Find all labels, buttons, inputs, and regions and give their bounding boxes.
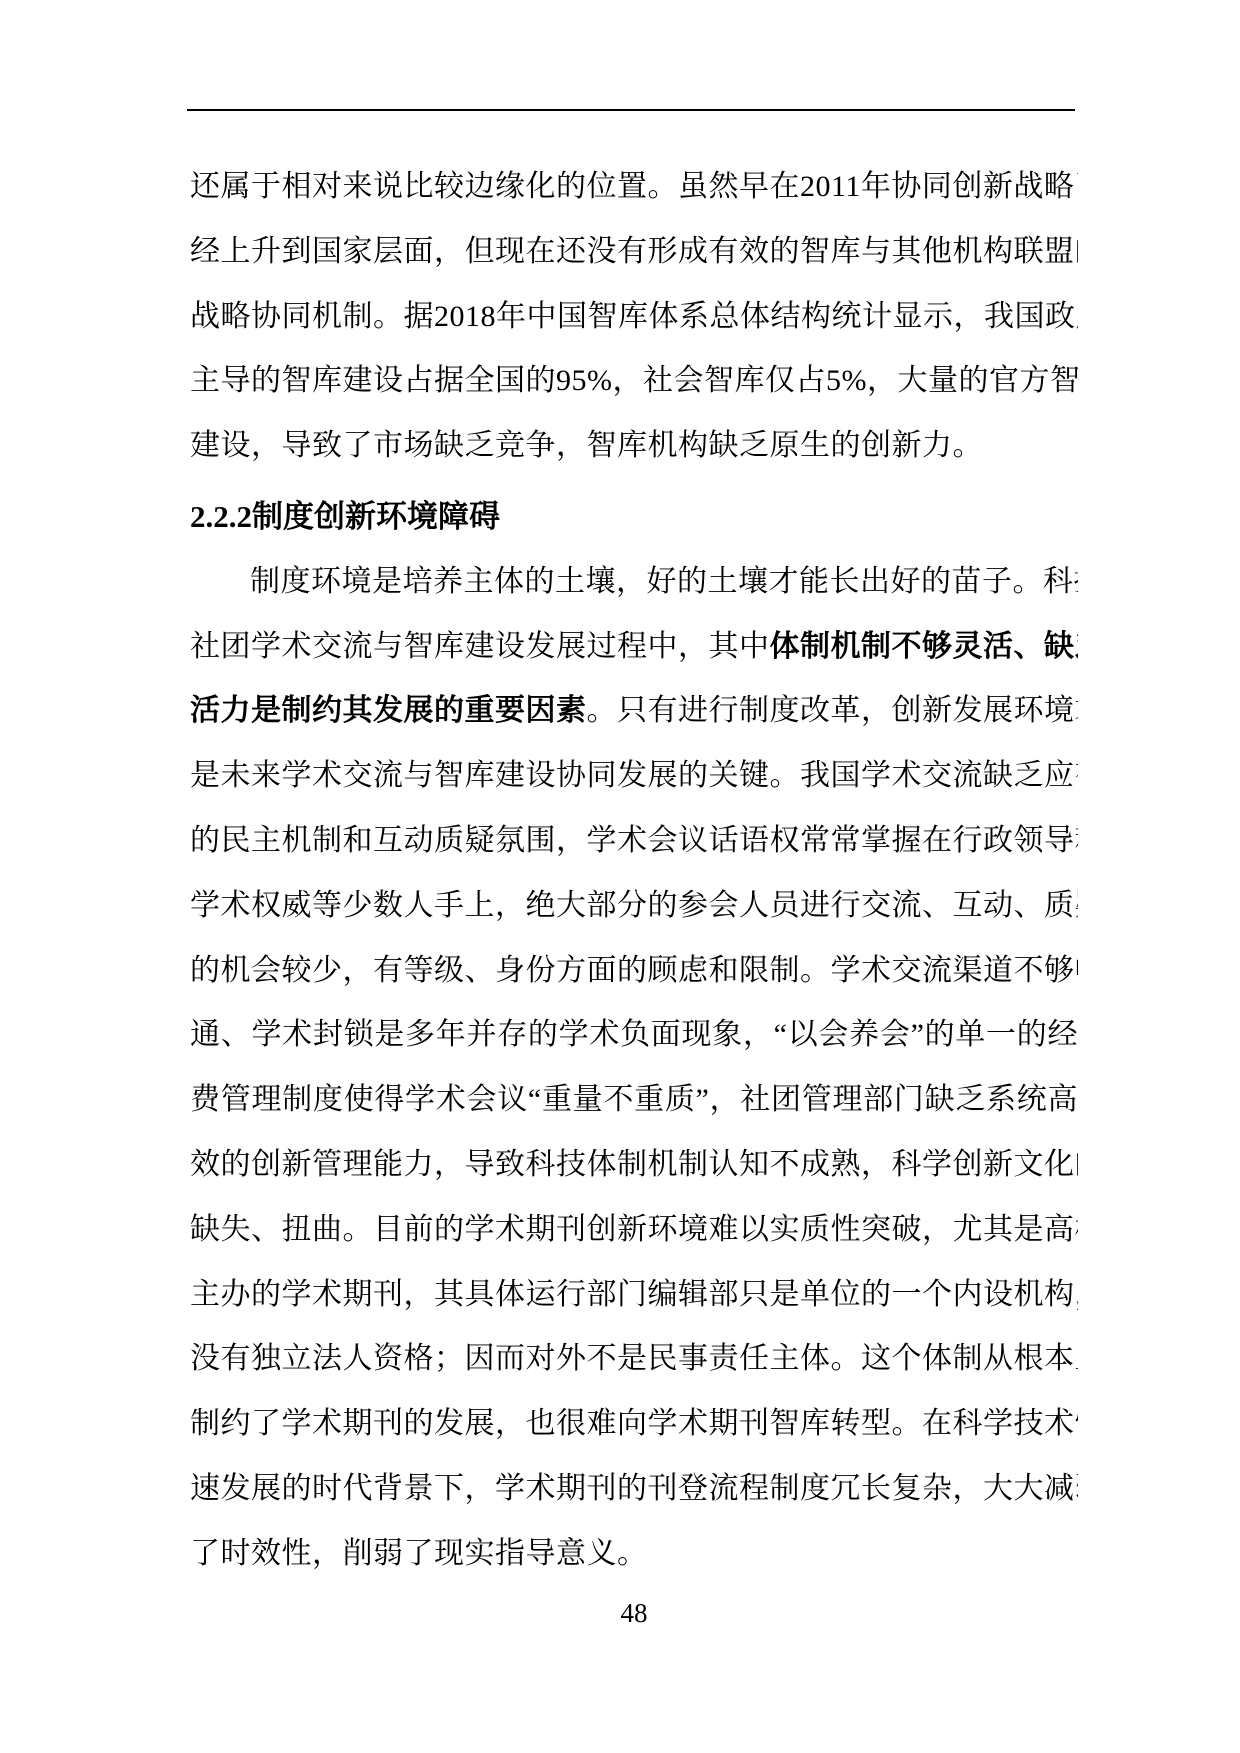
emphasis-bold-text: 体制机制不够灵活、缺乏 xyxy=(770,630,1079,663)
paragraph: 还属于相对来说比较边缘化的位置。虽然早在2011年协同创新战略已经上升到国家层面… xyxy=(190,155,1078,479)
body-text: 速发展的时代背景下，学术期刊的刊登流程制度冗长复杂，大大减弱 xyxy=(190,1472,1078,1505)
header-rule xyxy=(187,109,1075,111)
body-text: 了时效性，削弱了现实指导意义。 xyxy=(190,1537,648,1570)
text-line: 主办的学术期刊，其具体运行部门编辑部只是单位的一个内设机构， xyxy=(190,1263,1078,1328)
body-text: 费管理制度使得学术会议“重量不重质”，社团管理部门缺乏系统高 xyxy=(190,1083,1078,1116)
document-body: 还属于相对来说比较边缘化的位置。虽然早在2011年协同创新战略已经上升到国家层面… xyxy=(190,155,1078,1587)
body-text: 制度环境是培养主体的土壤，好的土壤才能长出好的苗子。科技 xyxy=(250,565,1078,598)
text-line: 经上升到国家层面，但现在还没有形成有效的智库与其他机构联盟的 xyxy=(190,220,1078,285)
heading-number: 2.2.2 xyxy=(190,499,252,534)
text-line: 速发展的时代背景下，学术期刊的刊登流程制度冗长复杂，大大减弱 xyxy=(190,1457,1078,1522)
body-text: 主导的智库建设占据全国的95%，社会智库仅占5%，大量的官方智库 xyxy=(190,364,1078,397)
body-text: 制约了学术期刊的发展，也很难向学术期刊智库转型。在科学技术快 xyxy=(190,1407,1078,1440)
text-line: 费管理制度使得学术会议“重量不重质”，社团管理部门缺乏系统高 xyxy=(190,1068,1078,1133)
body-text: 还属于相对来说比较边缘化的位置。虽然早在2011年协同创新战略已 xyxy=(190,170,1078,203)
text-line: 效的创新管理能力，导致科技体制机制认知不成熟，科学创新文化的 xyxy=(190,1133,1078,1198)
paragraph: 制度环境是培养主体的土壤，好的土壤才能长出好的苗子。科技社团学术交流与智库建设发… xyxy=(190,550,1078,1587)
text-line: 战略协同机制。据2018年中国智库体系总体结构统计显示，我国政府 xyxy=(190,285,1078,350)
text-line: 制度环境是培养主体的土壤，好的土壤才能长出好的苗子。科技 xyxy=(190,550,1078,615)
text-line: 学术权威等少数人手上，绝大部分的参会人员进行交流、互动、质疑 xyxy=(190,874,1078,939)
body-text: 。只有进行制度改革，创新发展环境才 xyxy=(587,694,1079,727)
text-line: 没有独立法人资格；因而对外不是民事责任主体。这个体制从根本上 xyxy=(190,1327,1078,1392)
text-line: 制约了学术期刊的发展，也很难向学术期刊智库转型。在科学技术快 xyxy=(190,1392,1078,1457)
body-text: 的民主机制和互动质疑氛围，学术会议话语权常常掌握在行政领导和 xyxy=(190,824,1078,857)
body-text: 没有独立法人资格；因而对外不是民事责任主体。这个体制从根本上 xyxy=(190,1342,1078,1375)
document-page: 还属于相对来说比较边缘化的位置。虽然早在2011年协同创新战略已经上升到国家层面… xyxy=(0,0,1240,1753)
body-text: 主办的学术期刊，其具体运行部门编辑部只是单位的一个内设机构， xyxy=(190,1278,1078,1311)
body-text: 建设，导致了市场缺乏竞争，智库机构缺乏原生的创新力。 xyxy=(190,429,983,462)
heading-title: 制度创新环境障碍 xyxy=(252,499,500,534)
body-text: 效的创新管理能力，导致科技体制机制认知不成熟，科学创新文化的 xyxy=(190,1148,1078,1181)
section-heading: 2.2.2制度创新环境障碍 xyxy=(190,485,1078,550)
text-line: 是未来学术交流与智库建设协同发展的关键。我国学术交流缺乏应有 xyxy=(190,744,1078,809)
text-line: 还属于相对来说比较边缘化的位置。虽然早在2011年协同创新战略已 xyxy=(190,155,1078,220)
text-line: 建设，导致了市场缺乏竞争，智库机构缺乏原生的创新力。 xyxy=(190,414,1078,479)
text-line: 的机会较少，有等级、身份方面的顾虑和限制。学术交流渠道不够畅 xyxy=(190,939,1078,1004)
text-line: 活力是制约其发展的重要因素。只有进行制度改革，创新发展环境才 xyxy=(190,679,1078,744)
body-text: 经上升到国家层面，但现在还没有形成有效的智库与其他机构联盟的 xyxy=(190,235,1078,268)
text-line: 缺失、扭曲。目前的学术期刊创新环境难以实质性突破，尤其是高校 xyxy=(190,1198,1078,1263)
body-text: 战略协同机制。据2018年中国智库体系总体结构统计显示，我国政府 xyxy=(190,300,1078,333)
text-line: 社团学术交流与智库建设发展过程中，其中体制机制不够灵活、缺乏 xyxy=(190,615,1078,680)
text-line: 的民主机制和互动质疑氛围，学术会议话语权常常掌握在行政领导和 xyxy=(190,809,1078,874)
page-number: 48 xyxy=(190,1588,1078,1638)
emphasis-bold-text: 活力是制约其发展的重要因素 xyxy=(190,694,587,727)
body-text: 通、学术封锁是多年并存的学术负面现象，“以会养会”的单一的经 xyxy=(190,1018,1078,1051)
text-line: 了时效性，削弱了现实指导意义。 xyxy=(190,1522,1078,1587)
body-text: 缺失、扭曲。目前的学术期刊创新环境难以实质性突破，尤其是高校 xyxy=(190,1213,1078,1246)
text-line: 主导的智库建设占据全国的95%，社会智库仅占5%，大量的官方智库 xyxy=(190,349,1078,414)
body-text: 的机会较少，有等级、身份方面的顾虑和限制。学术交流渠道不够畅 xyxy=(190,954,1078,987)
body-text: 学术权威等少数人手上，绝大部分的参会人员进行交流、互动、质疑 xyxy=(190,889,1078,922)
text-line: 通、学术封锁是多年并存的学术负面现象，“以会养会”的单一的经 xyxy=(190,1003,1078,1068)
body-text: 是未来学术交流与智库建设协同发展的关键。我国学术交流缺乏应有 xyxy=(190,759,1078,792)
body-text: 社团学术交流与智库建设发展过程中，其中 xyxy=(190,630,770,663)
